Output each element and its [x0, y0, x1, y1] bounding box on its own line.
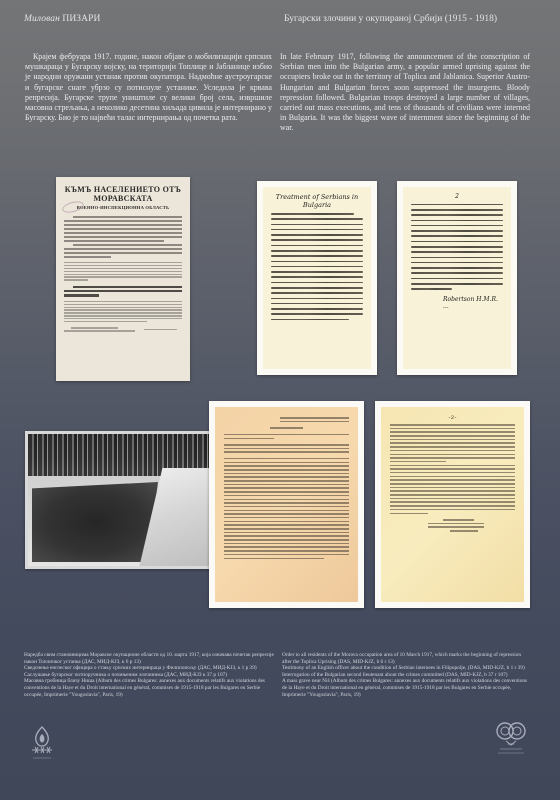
captions-serbian: Наредба свим становницима Моравске окупа…: [24, 652, 274, 698]
interlaced-knot-logo-icon: [491, 719, 531, 759]
handwritten-letter-page-1: Treatment of Serbians in Bulgaria: [257, 181, 377, 375]
typed-interrogation-page-1: [209, 401, 364, 608]
typed-body: [215, 407, 358, 602]
caption-item: Наредба свим становницима Моравске окупа…: [24, 652, 274, 665]
handwritten-letter-page-2: 2 Robertson H.M.R. ...: [397, 181, 517, 375]
proclamation-title-line1: КЪМЪ НАСЕЛЕНИЕТО ОТЪ: [64, 185, 182, 194]
letter-body: [411, 204, 503, 290]
typed-page-number: -2-: [390, 415, 515, 421]
caption-item: Масовна гробница близу Ниша (Album des c…: [24, 678, 274, 698]
proclamation-document: КЪМЪ НАСЕЛЕНИЕТО ОТЪ МОРАВСКАТА ВОЕННО-И…: [56, 177, 190, 381]
typed-body: -2-: [381, 407, 524, 602]
letter-title: Treatment of Serbians in Bulgaria: [271, 193, 363, 209]
flame-barbed-wire-logo-icon: [29, 725, 55, 761]
caption-item: Сведочење енглеског официра о стању српс…: [24, 665, 274, 672]
mass-grave-photo: [25, 431, 220, 569]
header-title: Бугарски злочини у окупираној Србији (19…: [284, 14, 497, 24]
author-last-name: ПИЗАРИ: [62, 14, 100, 24]
caption-item: Order to all residents of the Morava occ…: [282, 652, 532, 665]
proclamation-body: [64, 216, 182, 330]
captions-english: Order to all residents of the Morava occ…: [282, 652, 532, 698]
intro-serbian: Крајем фебруара 1917. године, након обја…: [25, 52, 272, 123]
header-author: Милован ПИЗАРИ: [24, 14, 100, 24]
intro-english: In late February 1917, following the ann…: [280, 52, 530, 134]
typed-interrogation-page-2: -2-: [375, 401, 530, 608]
caption-item: Testimony of an English officer about th…: [282, 665, 532, 672]
letter-signature: Robertson H.M.R. ...: [443, 296, 503, 310]
letter-body: [271, 213, 363, 320]
letter-page-number: 2: [411, 193, 503, 200]
author-first-name: Милован: [24, 14, 60, 24]
photo-pit: [32, 482, 158, 562]
caption-item: A mass grave near Niš (Album des crimes …: [282, 678, 532, 698]
